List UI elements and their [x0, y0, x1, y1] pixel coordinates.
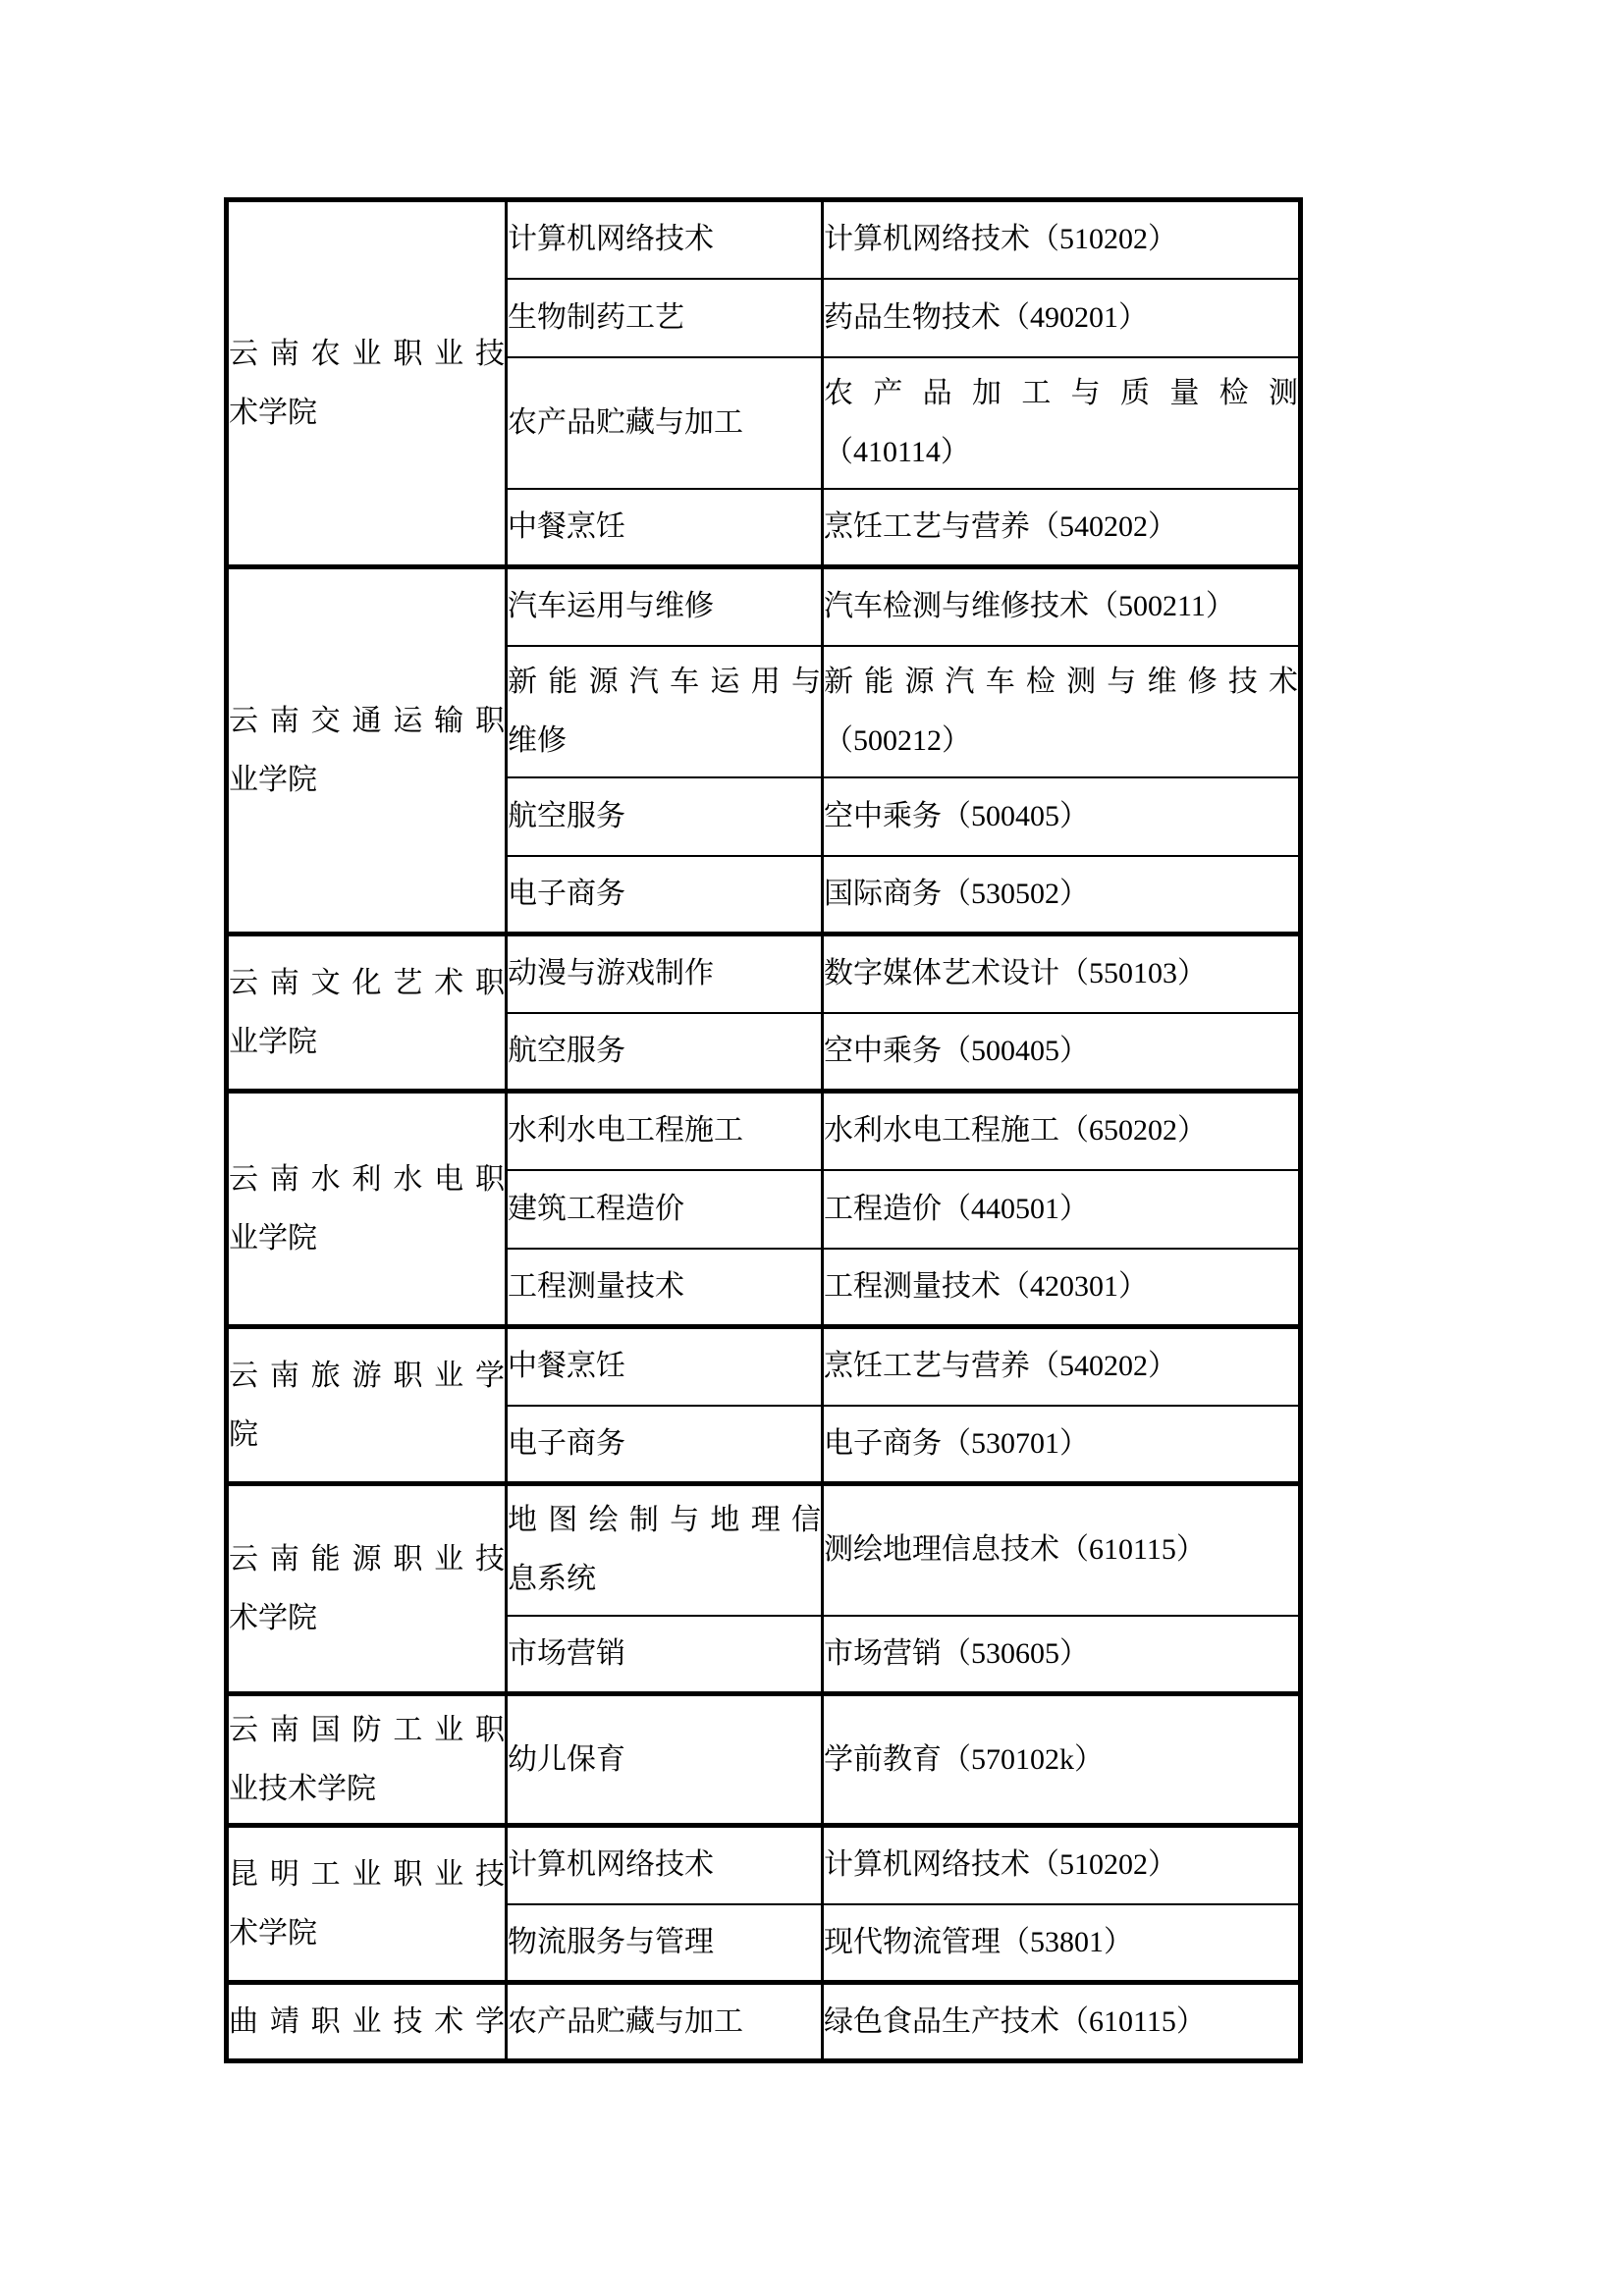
- major-cell: 中餐烹饪: [507, 1327, 823, 1406]
- major-cell: 计算机网络技术: [507, 200, 823, 279]
- major-cell: 农产品贮藏与加工: [507, 357, 823, 489]
- target-major-cell: 现代物流管理（53801）: [823, 1904, 1301, 1983]
- table-row: 曲靖职业技术学 农产品贮藏与加工 绿色食品生产技术（610115）: [227, 1983, 1301, 2061]
- major-cell: 幼儿保育: [507, 1694, 823, 1826]
- table-row: 云南文化艺术职 业学院 动漫与游戏制作 数字媒体艺术设计（550103）: [227, 934, 1301, 1013]
- target-major-cell: 水利水电工程施工（650202）: [823, 1092, 1301, 1170]
- major-cell: 电子商务: [507, 1406, 823, 1484]
- major-cell: 中餐烹饪: [507, 489, 823, 567]
- school-cell: 曲靖职业技术学: [227, 1983, 507, 2061]
- school-cell: 云南能源职业技 术学院: [227, 1484, 507, 1694]
- target-line: 市场营销（530605）: [824, 1625, 1298, 1683]
- major-line: 汽车运用与维修: [508, 577, 821, 636]
- major-line: 航空服务: [508, 787, 821, 846]
- target-line: 汽车检测与维修技术（500211）: [824, 577, 1298, 636]
- target-line: （500212）: [824, 712, 1298, 771]
- target-major-cell: 学前教育（570102k）: [823, 1694, 1301, 1826]
- target-major-cell: 烹饪工艺与营养（540202）: [823, 1327, 1301, 1406]
- major-line: 息系统: [508, 1550, 821, 1609]
- school-name-line: 术学院: [229, 1589, 505, 1648]
- major-cell: 工程测量技术: [507, 1249, 823, 1327]
- target-line: 空中乘务（500405）: [824, 1022, 1298, 1081]
- major-cell: 新能源汽车运用与 维修: [507, 646, 823, 777]
- school-cell: 昆明工业职业技 术学院: [227, 1826, 507, 1983]
- major-cell: 市场营销: [507, 1616, 823, 1694]
- target-major-cell: 新能源汽车检测与维修技术 （500212）: [823, 646, 1301, 777]
- table-row: 云南交通运输职 业学院 汽车运用与维修 汽车检测与维修技术（500211）: [227, 567, 1301, 646]
- school-name-line: 曲靖职业技术学: [229, 1993, 505, 2052]
- target-major-cell: 汽车检测与维修技术（500211）: [823, 567, 1301, 646]
- major-cell: 航空服务: [507, 777, 823, 856]
- target-line: 新能源汽车检测与维修技术: [824, 653, 1298, 712]
- target-line: 数字媒体艺术设计（550103）: [824, 944, 1298, 1003]
- target-major-cell: 计算机网络技术（510202）: [823, 1826, 1301, 1904]
- target-major-cell: 工程测量技术（420301）: [823, 1249, 1301, 1327]
- major-line: 幼儿保育: [508, 1731, 821, 1789]
- target-major-cell: 绿色食品生产技术（610115）: [823, 1983, 1301, 2061]
- target-line: 测绘地理信息技术（610115）: [824, 1521, 1298, 1579]
- target-major-cell: 国际商务（530502）: [823, 856, 1301, 934]
- school-name-line: 云南能源职业技: [229, 1530, 505, 1589]
- target-major-cell: 计算机网络技术（510202）: [823, 200, 1301, 279]
- major-line: 农产品贮藏与加工: [508, 1993, 821, 2052]
- target-line: 电子商务（530701）: [824, 1415, 1298, 1473]
- major-line: 农产品贮藏与加工: [508, 394, 821, 453]
- table-row: 云南国防工业职 业技术学院 幼儿保育 学前教育（570102k）: [227, 1694, 1301, 1826]
- major-line: 计算机网络技术: [508, 210, 821, 269]
- target-line: 工程造价（440501）: [824, 1180, 1298, 1239]
- school-name-line: 院: [229, 1406, 505, 1465]
- major-cell: 地图绘制与地理信 息系统: [507, 1484, 823, 1616]
- target-major-cell: 烹饪工艺与营养（540202）: [823, 489, 1301, 567]
- table-row: 云南水利水电职 业学院 水利水电工程施工 水利水电工程施工（650202）: [227, 1092, 1301, 1170]
- major-line: 航空服务: [508, 1022, 821, 1081]
- major-cell: 动漫与游戏制作: [507, 934, 823, 1013]
- target-major-cell: 药品生物技术（490201）: [823, 279, 1301, 357]
- school-name-line: 术学院: [229, 1904, 505, 1963]
- target-major-cell: 市场营销（530605）: [823, 1616, 1301, 1694]
- table-row: 云南旅游职业学 院 中餐烹饪 烹饪工艺与营养（540202）: [227, 1327, 1301, 1406]
- major-line: 电子商务: [508, 865, 821, 924]
- major-line: 中餐烹饪: [508, 1337, 821, 1396]
- major-line: 物流服务与管理: [508, 1913, 821, 1972]
- table-row: 昆明工业职业技 术学院 计算机网络技术 计算机网络技术（510202）: [227, 1826, 1301, 1904]
- school-name-line: 业学院: [229, 1209, 505, 1268]
- major-cell: 计算机网络技术: [507, 1826, 823, 1904]
- major-cell: 物流服务与管理: [507, 1904, 823, 1983]
- major-line: 地图绘制与地理信: [508, 1491, 821, 1550]
- target-line: 计算机网络技术（510202）: [824, 210, 1298, 269]
- table-row: 云南农业职业技 术学院 计算机网络技术 计算机网络技术（510202）: [227, 200, 1301, 279]
- school-name-line: 业技术学院: [229, 1760, 505, 1819]
- major-line: 电子商务: [508, 1415, 821, 1473]
- major-cell: 电子商务: [507, 856, 823, 934]
- school-cell: 云南交通运输职 业学院: [227, 567, 507, 934]
- major-cell: 汽车运用与维修: [507, 567, 823, 646]
- major-line: 工程测量技术: [508, 1257, 821, 1316]
- target-major-cell: 农产品加工与质量检测 （410114）: [823, 357, 1301, 489]
- school-name-line: 云南农业职业技: [229, 325, 505, 384]
- target-major-cell: 电子商务（530701）: [823, 1406, 1301, 1484]
- school-name-line: 云南文化艺术职: [229, 954, 505, 1013]
- school-name-line: 云南旅游职业学: [229, 1347, 505, 1406]
- major-line: 水利水电工程施工: [508, 1101, 821, 1160]
- document-page: 云南农业职业技 术学院 计算机网络技术 计算机网络技术（510202） 生物制药…: [0, 0, 1624, 2296]
- major-line: 市场营销: [508, 1625, 821, 1683]
- school-name-line: 云南交通运输职: [229, 692, 505, 751]
- major-line: 维修: [508, 712, 821, 771]
- major-line: 动漫与游戏制作: [508, 944, 821, 1003]
- school-cell: 云南水利水电职 业学院: [227, 1092, 507, 1327]
- target-line: 绿色食品生产技术（610115）: [824, 1993, 1298, 2052]
- table-row: 云南能源职业技 术学院 地图绘制与地理信 息系统 测绘地理信息技术（610115…: [227, 1484, 1301, 1616]
- target-line: 国际商务（530502）: [824, 865, 1298, 924]
- major-cell: 水利水电工程施工: [507, 1092, 823, 1170]
- school-cell: 云南旅游职业学 院: [227, 1327, 507, 1484]
- target-major-cell: 测绘地理信息技术（610115）: [823, 1484, 1301, 1616]
- target-major-cell: 数字媒体艺术设计（550103）: [823, 934, 1301, 1013]
- major-cell: 航空服务: [507, 1013, 823, 1092]
- major-line: 生物制药工艺: [508, 289, 821, 347]
- school-name-line: 云南国防工业职: [229, 1701, 505, 1760]
- major-cell: 农产品贮藏与加工: [507, 1983, 823, 2061]
- target-line: 水利水电工程施工（650202）: [824, 1101, 1298, 1160]
- target-line: （410114）: [824, 423, 1298, 482]
- major-cell: 建筑工程造价: [507, 1170, 823, 1249]
- target-line: 药品生物技术（490201）: [824, 289, 1298, 347]
- major-line: 计算机网络技术: [508, 1836, 821, 1895]
- school-name-line: 云南水利水电职: [229, 1150, 505, 1209]
- school-name-line: 业学院: [229, 1013, 505, 1072]
- target-line: 烹饪工艺与营养（540202）: [824, 498, 1298, 557]
- school-cell: 云南国防工业职 业技术学院: [227, 1694, 507, 1826]
- major-cell: 生物制药工艺: [507, 279, 823, 357]
- school-name-line: 业学院: [229, 751, 505, 810]
- school-cell: 云南农业职业技 术学院: [227, 200, 507, 567]
- major-line: 建筑工程造价: [508, 1180, 821, 1239]
- target-line: 学前教育（570102k）: [824, 1731, 1298, 1789]
- target-major-cell: 空中乘务（500405）: [823, 777, 1301, 856]
- school-name-line: 术学院: [229, 384, 505, 443]
- target-major-cell: 工程造价（440501）: [823, 1170, 1301, 1249]
- target-line: 农产品加工与质量检测: [824, 364, 1298, 423]
- school-major-mapping-table: 云南农业职业技 术学院 计算机网络技术 计算机网络技术（510202） 生物制药…: [224, 197, 1303, 2063]
- target-major-cell: 空中乘务（500405）: [823, 1013, 1301, 1092]
- target-line: 烹饪工艺与营养（540202）: [824, 1337, 1298, 1396]
- target-line: 计算机网络技术（510202）: [824, 1836, 1298, 1895]
- school-cell: 云南文化艺术职 业学院: [227, 934, 507, 1092]
- target-line: 现代物流管理（53801）: [824, 1913, 1298, 1972]
- target-line: 空中乘务（500405）: [824, 787, 1298, 846]
- major-line: 中餐烹饪: [508, 498, 821, 557]
- target-line: 工程测量技术（420301）: [824, 1257, 1298, 1316]
- school-name-line: 昆明工业职业技: [229, 1845, 505, 1904]
- major-line: 新能源汽车运用与: [508, 653, 821, 712]
